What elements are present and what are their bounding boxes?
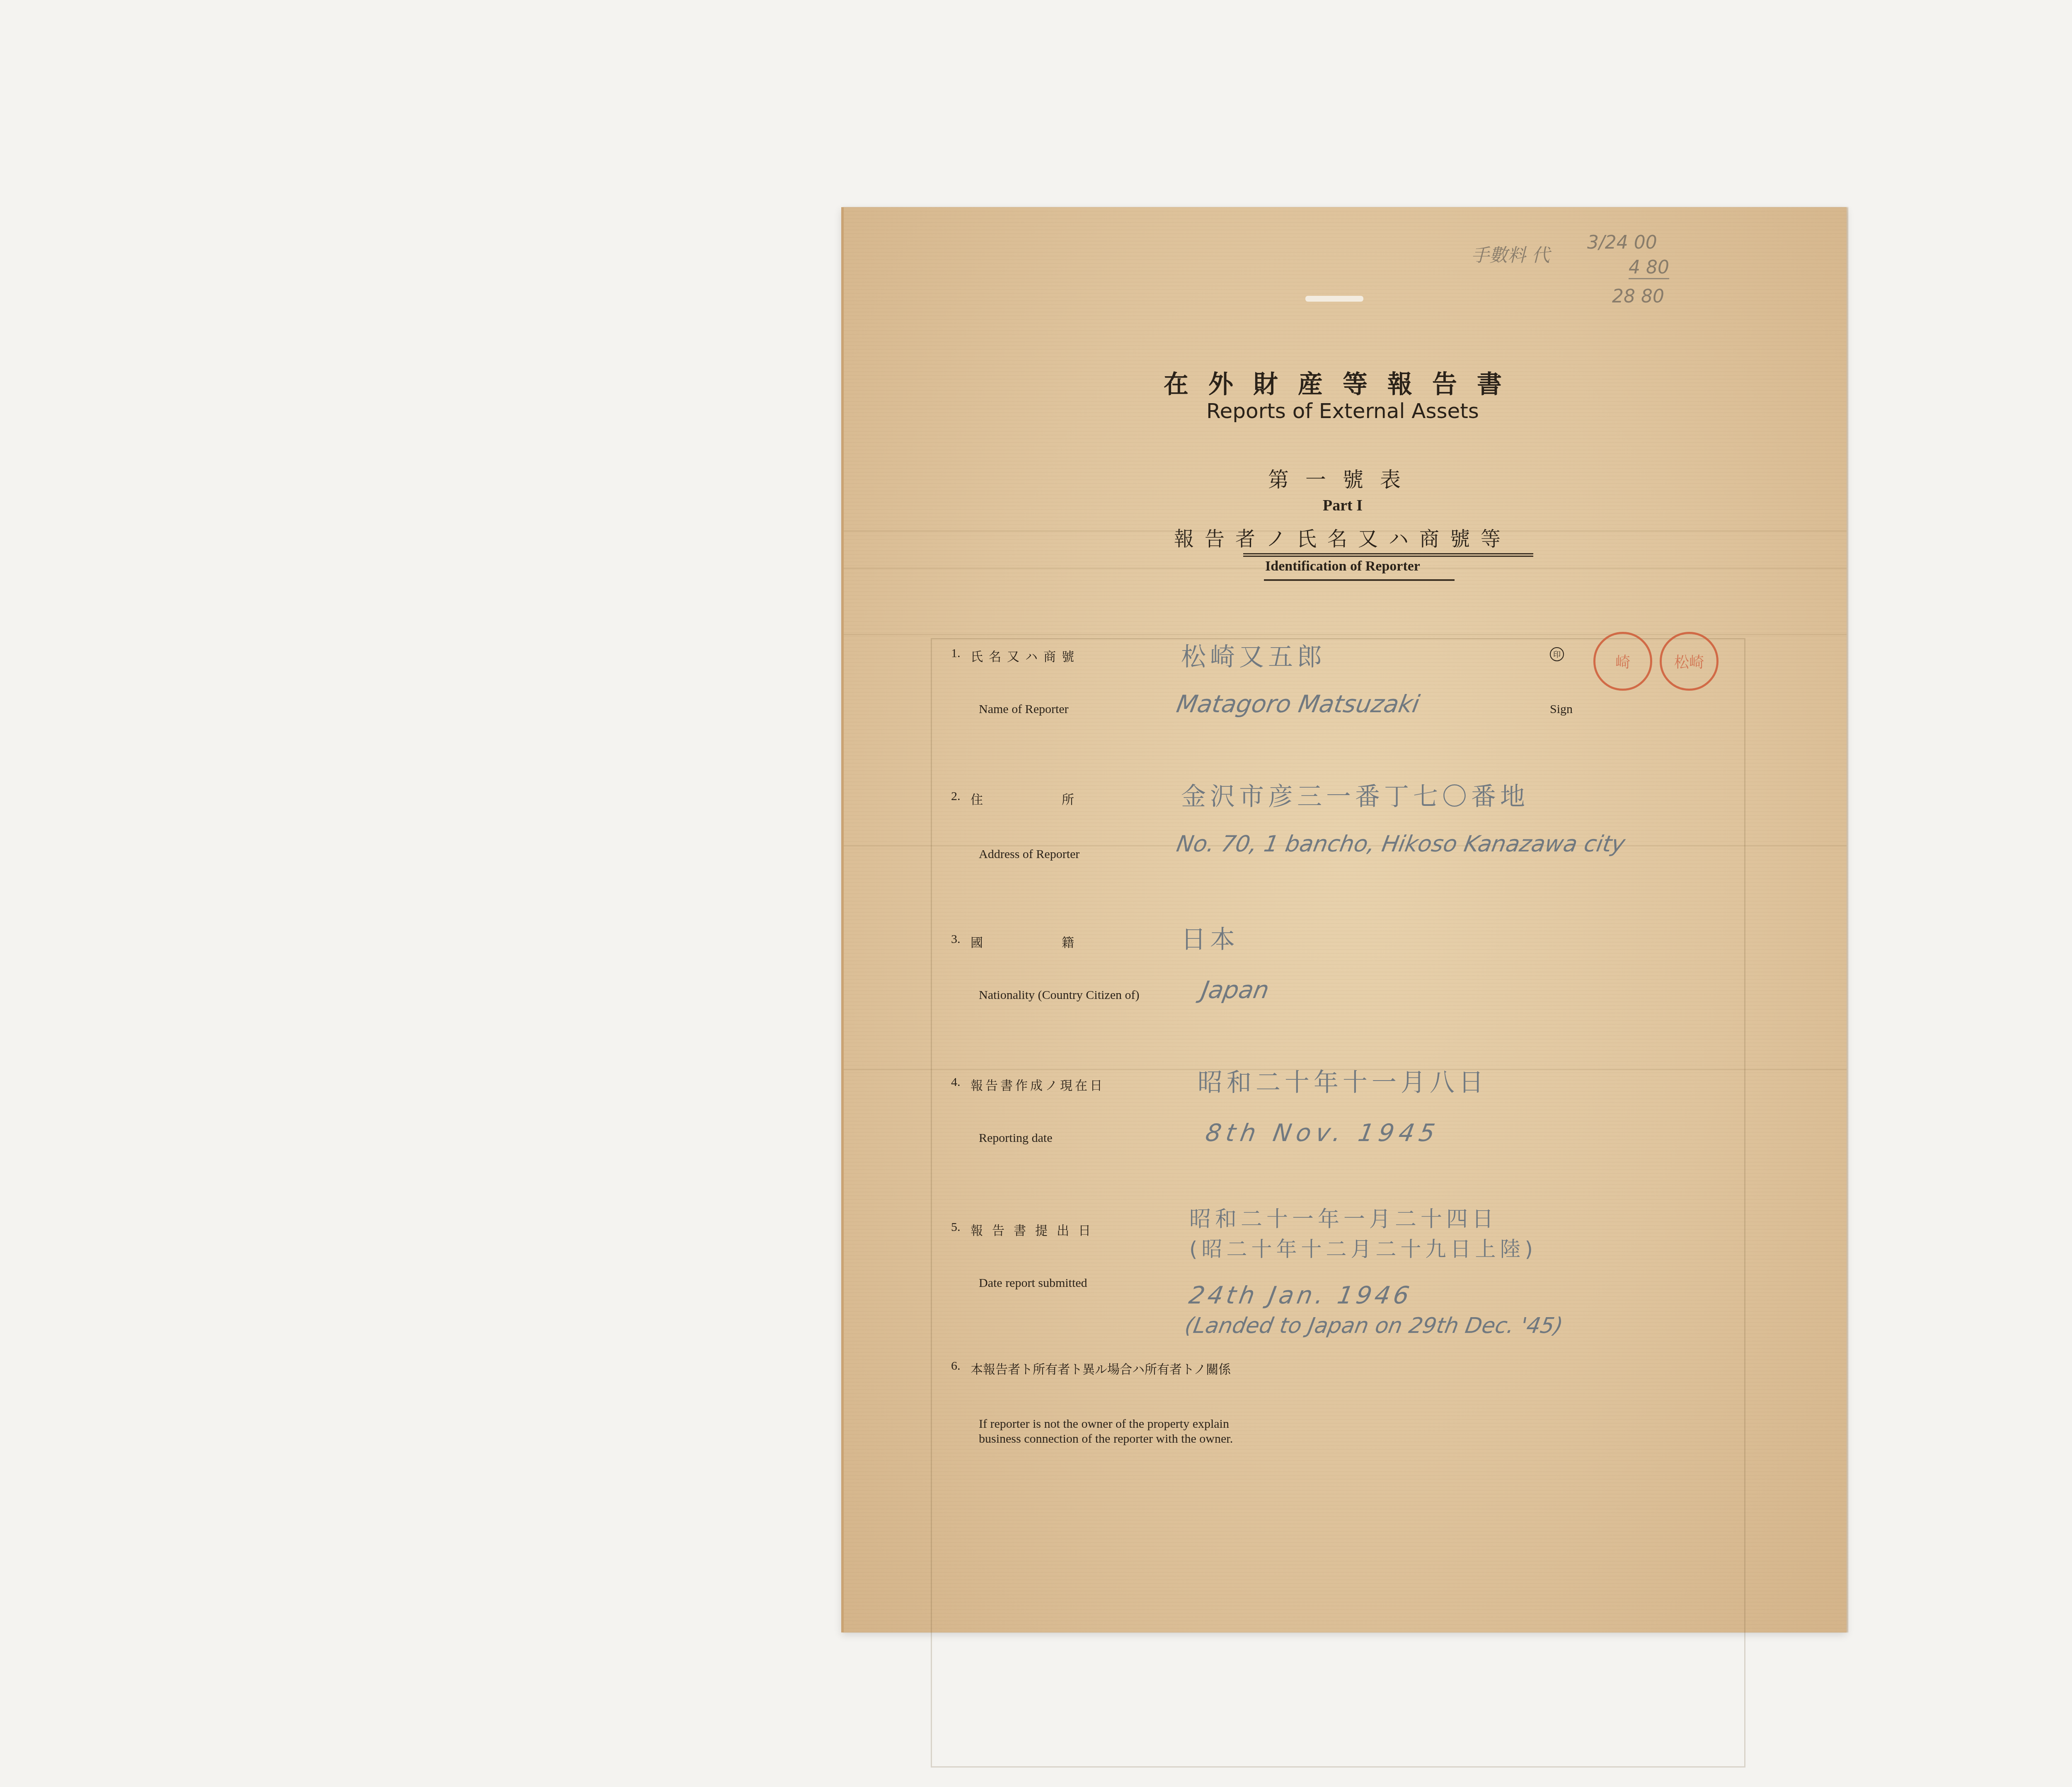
part-english: Part I	[841, 496, 1844, 515]
field-label-jp: 國 籍	[971, 932, 1080, 950]
field-number: 1.	[951, 646, 961, 660]
field-label-jp: 報告書作成ノ現在日	[971, 1075, 1105, 1093]
section-heading-japanese: 報告者ノ氏名又ハ商號等	[841, 523, 1844, 551]
field-number: 3.	[951, 932, 961, 946]
title-english: Reports of External Assets	[841, 399, 1844, 423]
margin-note-line1: 3/24 00	[1587, 232, 1657, 253]
handwritten-reporting-date-jp: 昭和二十年十一月八日	[1198, 1063, 1488, 1098]
double-rule	[1243, 553, 1533, 557]
field-label-jp: 本報告者ト所有者ト異ル場合ハ所有者トノ關係	[971, 1359, 1231, 1377]
sign-label: Sign	[1550, 702, 1573, 716]
field-label-en: Reporting date	[979, 1131, 1052, 1145]
handwritten-landing-note-en: (Landed to Japan on 29th Dec. '45)	[1183, 1313, 1565, 1338]
field-label-jp: 報告書提出日	[971, 1220, 1100, 1238]
part-japanese: 第一號表	[841, 463, 1844, 493]
field-label-jp: 住 所	[971, 789, 1080, 808]
handwritten-name-en: Matagoro Matsuzaki	[1174, 690, 1422, 718]
handwritten-submitted-date-jp: 昭和二十一年一月二十四日	[1189, 1202, 1498, 1233]
field-label-en: Name of Reporter	[979, 702, 1069, 716]
margin-note-total: 28 80	[1612, 286, 1664, 307]
field-number: 5.	[951, 1220, 961, 1234]
handwritten-address-jp: 金沢市彦三一番丁七〇番地	[1181, 777, 1529, 812]
handwritten-nationality-en: Japan	[1199, 976, 1271, 1004]
handwritten-reporting-date-en: 8th Nov. 1945	[1203, 1119, 1442, 1147]
seal-mark-icon: 印	[1550, 647, 1564, 661]
field-label-en-line1: If reporter is not the owner of the prop…	[979, 1417, 1229, 1431]
margin-note-line2: 4 80	[1629, 257, 1669, 279]
handwritten-landing-note-jp: (昭二十年十二月二十九日上陸)	[1189, 1233, 1537, 1262]
field-label-en: Address of Reporter	[979, 847, 1080, 861]
handwritten-name-jp: 松崎又五郎	[1181, 637, 1326, 673]
red-seal-stamp: 崎	[1593, 632, 1652, 691]
section-heading-english: Identification of Reporter	[841, 559, 1844, 574]
field-label-en: Date report submitted	[979, 1276, 1087, 1290]
field-label-jp: 氏名又ハ商號	[971, 646, 1080, 665]
field-label-en-line2: business connection of the reporter with…	[979, 1432, 1233, 1446]
field-label-en: Nationality (Country Citizen of)	[979, 988, 1139, 1002]
handwritten-nationality-jp: 日本	[1181, 920, 1239, 955]
margin-note-label: 手數料 代	[1471, 240, 1550, 267]
red-seal-stamp: 松崎	[1660, 632, 1719, 691]
field-number: 4.	[951, 1075, 961, 1089]
title-japanese: 在外財産等報告書	[841, 365, 1844, 400]
field-number: 6.	[951, 1359, 961, 1373]
underline-rule	[1264, 579, 1455, 581]
handwritten-address-en: No. 70, 1 bancho, Hikoso Kanazawa city	[1174, 831, 1627, 857]
handwritten-submitted-date-en: 24th Jan. 1946	[1187, 1281, 1415, 1309]
field-number: 2.	[951, 789, 961, 803]
